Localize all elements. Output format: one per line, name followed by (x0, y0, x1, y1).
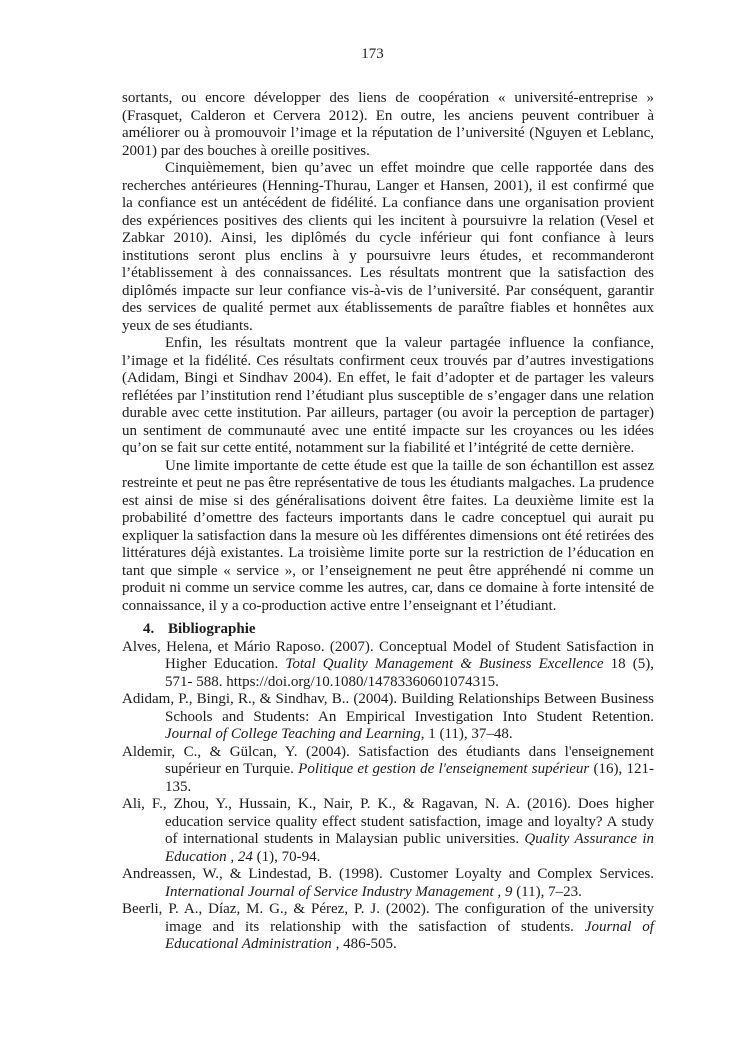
reference-entry: Adidam, P., Bingi, R., & Sindhav, B.. (2… (122, 691, 654, 744)
reference-text: (11), 7–23. (512, 884, 581, 900)
reference-text: Beerli, P. A., Díaz, M. G., & Pérez, P. … (122, 901, 654, 935)
reference-entry: Aldemir, C., & Gülcan, Y. (2004). Satisf… (122, 744, 654, 797)
body-paragraph: Enfin, les résultats montrent que la val… (122, 335, 654, 458)
reference-entry: Beerli, P. A., Díaz, M. G., & Pérez, P. … (122, 901, 654, 954)
page-number: 173 (0, 46, 745, 63)
reference-text: , 486-505. (332, 936, 397, 952)
reference-text: Andreassen, W., & Lindestad, B. (1998). … (122, 866, 654, 882)
reference-text: (1), 70-94. (253, 849, 321, 865)
reference-list: Alves, Helena, et Mário Raposo. (2007). … (122, 639, 654, 954)
reference-text: Adidam, P., Bingi, R., & Sindhav, B.. (2… (122, 691, 654, 725)
journal-title: Journal of College Teaching and Learning (165, 726, 421, 742)
journal-title: Total Quality Management & Business Exce… (285, 656, 603, 672)
body-paragraph: Cinquièmement, bien qu’avec un effet moi… (122, 160, 654, 335)
bibliography-heading-label: Bibliographie (168, 621, 256, 637)
reference-text: , 1 (11), 37–48. (421, 726, 513, 742)
body-paragraphs: sortants, ou encore développer des liens… (122, 90, 654, 615)
reference-entry: Andreassen, W., & Lindestad, B. (1998). … (122, 866, 654, 901)
journal-title: International Journal of Service Industr… (165, 884, 512, 900)
page-content: sortants, ou encore développer des liens… (122, 90, 654, 954)
document-page: 173 sortants, ou encore développer des l… (0, 0, 745, 1053)
bibliography-heading-number: 4. (143, 621, 168, 639)
bibliography-heading: 4.Bibliographie (122, 621, 654, 639)
body-paragraph: Une limite importante de cette étude est… (122, 458, 654, 616)
reference-entry: Alves, Helena, et Mário Raposo. (2007). … (122, 639, 654, 692)
journal-title: Politique et gestion de l'enseignement s… (298, 761, 589, 777)
reference-entry: Ali, F., Zhou, Y., Hussain, K., Nair, P.… (122, 796, 654, 866)
body-paragraph: sortants, ou encore développer des liens… (122, 90, 654, 160)
